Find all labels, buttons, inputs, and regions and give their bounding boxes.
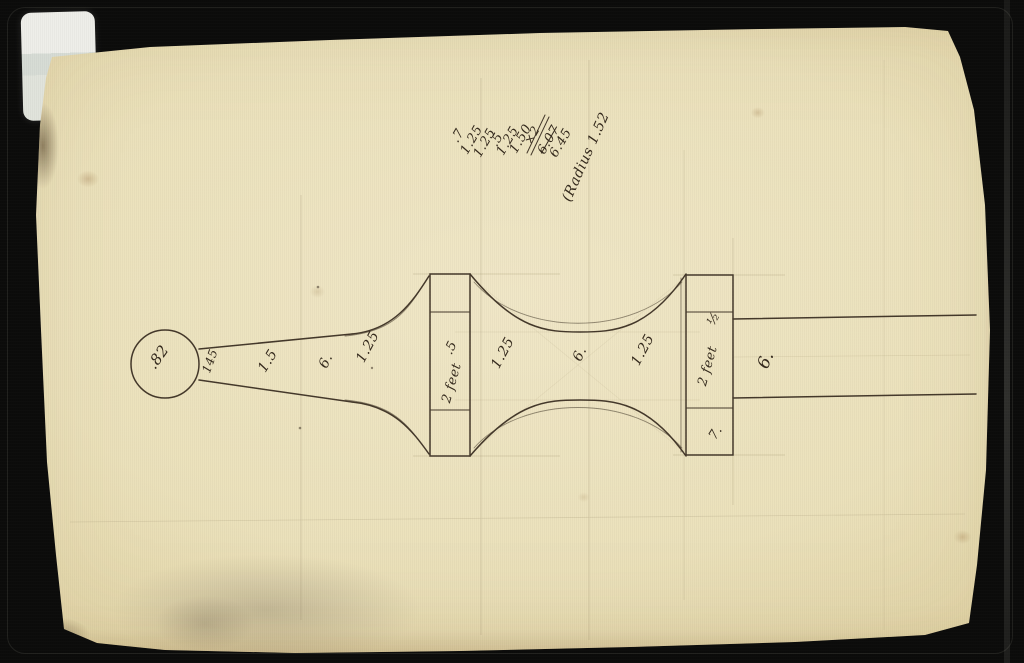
crease-horizontal xyxy=(70,514,965,522)
construction-guides xyxy=(413,238,970,505)
ball-outline xyxy=(131,330,199,398)
tail-bottom-line xyxy=(733,394,976,398)
neck-bottom-line xyxy=(199,380,352,402)
speck-3 xyxy=(371,367,373,369)
flare-top-outer xyxy=(352,276,429,334)
flare-bottom-inner xyxy=(345,400,420,442)
speck-1 xyxy=(317,286,320,289)
spool-bottom-outer xyxy=(470,400,686,456)
speck-2 xyxy=(299,427,302,430)
flare-top-inner xyxy=(345,290,420,336)
spool-top-inner xyxy=(474,282,682,323)
spool-bottom-inner xyxy=(474,408,682,449)
flare-bottom-outer xyxy=(352,402,429,454)
ink-profile xyxy=(131,115,976,456)
scan-background: .7 1.25 1.25 .5 1.25 1.50 ×2 6.07 6.45 (… xyxy=(0,0,1024,663)
profile-drawing xyxy=(0,0,1024,663)
neck-top-line xyxy=(199,334,352,349)
tail-top-line xyxy=(733,315,976,319)
